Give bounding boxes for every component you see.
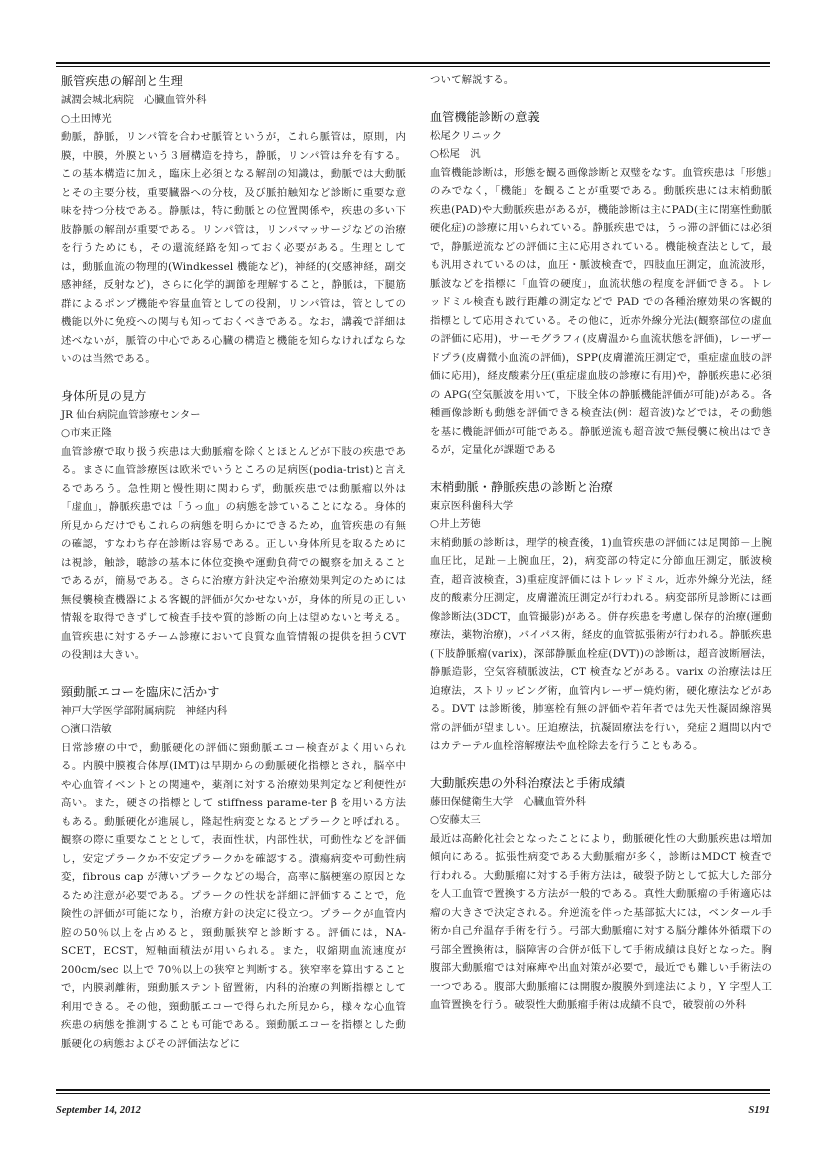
abstract-body: 日常診療の中で，動脈硬化の評価に頸動脈エコー検査がよく用いられる。内膜中膜複合体… [61, 739, 406, 1054]
abstract-author: ○安藤太三 [430, 811, 772, 830]
top-rule [56, 62, 770, 67]
abstract-author: ○市来正隆 [61, 424, 406, 443]
abstract-body: 末梢動脈の診断は，理学的検査後，1)血管疾患の評価には足関節－上腕血圧比，足趾－… [430, 534, 772, 756]
abstract-body: 動脈，静脈，リンパ管を合わせ脈管というが，これら脈管は，原則，内膜，中膜，外膜と… [61, 128, 406, 369]
abstract-affiliation: 誠潤会城北病院 心臓血管外科 [61, 91, 406, 110]
abstract-title: 頸動脈エコーを臨床に活かす [61, 682, 406, 702]
bottom-rule [56, 1089, 770, 1094]
left-column: 脈管疾患の解剖と生理 誠潤会城北病院 心臓血管外科 ○土田博光 動脈，静脈，リン… [61, 71, 406, 1070]
abstract-physical-findings: 身体所見の見方 JR 仙台病院血管診療センター ○市来正隆 血管診療で取り扱う疾… [61, 386, 406, 665]
abstract-author: ○井上芳徳 [430, 515, 772, 534]
footer-date: September 14, 2012 [56, 1105, 141, 1116]
abstract-affiliation: 神戸大学医学部附属病院 神経内科 [61, 702, 406, 721]
abstract-peripheral-disease: 末梢動脈・静脈疾患の診断と治療 東京医科歯科大学 ○井上芳徳 末梢動脈の診断は，… [430, 477, 772, 756]
abstract-body: 最近は高齢化社会となったことにより，動脈硬化性の大動脈疾患は増加傾向にある。拡張… [430, 830, 772, 1015]
abstract-affiliation: 東京医科歯科大学 [430, 497, 772, 516]
footer-page-number: S191 [748, 1105, 770, 1116]
abstract-affiliation: JR 仙台病院血管診療センター [61, 406, 406, 425]
abstract-body: 血管診療で取り扱う疾患は大動脈瘤を除くとほとんどが下肢の疾患である。まさに血管診… [61, 443, 406, 665]
abstract-vascular-function: 血管機能診断の意義 松尾クリニック ○松尾 汎 血管機能診断は，形態を観る画像診… [430, 107, 772, 460]
abstract-title: 身体所見の見方 [61, 386, 406, 406]
abstract-title: 脈管疾患の解剖と生理 [61, 71, 406, 91]
abstract-aortic-surgery: 大動脈疾患の外科治療法と手術成績 藤田保健衛生大学 心臓血管外科 ○安藤太三 最… [430, 773, 772, 1015]
abstract-affiliation: 松尾クリニック [430, 127, 772, 146]
abstract-author: ○土田博光 [61, 110, 406, 129]
abstract-affiliation: 藤田保健衛生大学 心臓血管外科 [430, 793, 772, 812]
abstract-author: ○松尾 汎 [430, 145, 772, 164]
abstract-anatomy-physiology: 脈管疾患の解剖と生理 誠潤会城北病院 心臓血管外科 ○土田博光 動脈，静脈，リン… [61, 71, 406, 369]
abstract-author: ○濱口浩敏 [61, 720, 406, 739]
abstract-title: 末梢動脈・静脈疾患の診断と治療 [430, 477, 772, 497]
abstract-title: 血管機能診断の意義 [430, 107, 772, 127]
continued-text: ついて解説する。 [430, 71, 772, 90]
abstract-title: 大動脈疾患の外科治療法と手術成績 [430, 773, 772, 793]
abstract-carotid-echo: 頸動脈エコーを臨床に活かす 神戸大学医学部附属病院 神経内科 ○濱口浩敏 日常診… [61, 682, 406, 1054]
right-column: ついて解説する。 血管機能診断の意義 松尾クリニック ○松尾 汎 血管機能診断は… [430, 71, 772, 1032]
abstract-body: 血管機能診断は，形態を観る画像診断と双璧をなす。血管疾患は「形態」のみでなく，「… [430, 164, 772, 460]
